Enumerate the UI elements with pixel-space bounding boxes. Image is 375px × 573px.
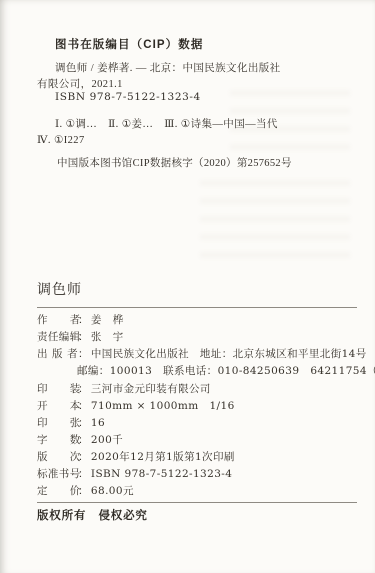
row-colon: ： bbox=[78, 381, 89, 398]
row-colon: ： bbox=[78, 466, 89, 483]
row-label: 定 价 bbox=[37, 483, 78, 500]
book-title: 调色师 bbox=[37, 279, 82, 299]
colophon-row-author: 作 者：姜 桦 bbox=[37, 312, 361, 329]
cip-entry: 调色师 / 姜桦著. — 北京：中国民族文化出版社 有限公司，2021.1 bbox=[37, 61, 359, 93]
row-label: 版 次 bbox=[37, 449, 78, 466]
colophon-row-editor: 责任编辑：张 宇 bbox=[37, 329, 361, 346]
colophon-row-printer: 印 装：三河市金元印装有限公司 bbox=[37, 381, 361, 398]
colophon-row-edition: 版 次：2020年12月第1版第1次印刷 bbox=[37, 449, 361, 466]
cip-classification-line1: Ⅰ. ①调… Ⅱ. ①姜… Ⅲ. ①诗集—中国—当代 bbox=[55, 119, 278, 130]
row-value: 中国民族文化出版社 地址：北京东城区和平里北街14号 bbox=[91, 346, 367, 363]
colophon-row-format: 开 本：710mm × 1000mm 1/16 bbox=[37, 398, 361, 415]
cip-heading: 图书在版编目（CIP）数据 bbox=[55, 36, 203, 52]
row-value: 张 宇 bbox=[91, 329, 124, 346]
cip-entry-line1: 调色师 / 姜桦著. — 北京：中国民族文化出版社 bbox=[55, 63, 281, 74]
row-value: 邮编：100013 联系电话：010-84250639 64211754（传真） bbox=[77, 363, 375, 380]
row-colon: ： bbox=[78, 346, 89, 363]
colophon-rows: 作 者：姜 桦 责任编辑：张 宇 出 版 者：中国民族文化出版社 地址：北京东城… bbox=[37, 312, 361, 501]
row-label: 开 本 bbox=[37, 398, 78, 415]
row-colon: ： bbox=[78, 432, 89, 449]
row-value: 710mm × 1000mm 1/16 bbox=[91, 398, 235, 415]
cip-isbn: ISBN 978-7-5122-1323-4 bbox=[55, 91, 201, 103]
row-label: 责任编辑 bbox=[37, 329, 78, 346]
row-label: 印 张 bbox=[37, 415, 78, 432]
colophon-row-contact: 邮编：100013 联系电话：010-84250639 64211754（传真） bbox=[37, 363, 361, 380]
row-label: 印 装 bbox=[37, 381, 78, 398]
colophon-row-wordcount: 字 数：200千 bbox=[37, 432, 361, 449]
colophon-row-sheets: 印 张：16 bbox=[37, 415, 361, 432]
row-colon: ： bbox=[78, 449, 89, 466]
row-value: ISBN 978-7-5122-1323-4 bbox=[91, 466, 232, 483]
cip-classification: Ⅰ. ①调… Ⅱ. ①姜… Ⅲ. ①诗集—中国—当代 Ⅳ. ①I227 bbox=[37, 117, 359, 148]
page-bleed-through bbox=[200, 180, 350, 260]
row-value: 16 bbox=[91, 415, 105, 432]
colophon-row-price: 定 价：68.00元 bbox=[37, 483, 361, 500]
divider-line-bottom bbox=[37, 502, 357, 503]
row-label: 字 数 bbox=[37, 432, 78, 449]
divider-line-top bbox=[37, 307, 357, 308]
row-value: 200千 bbox=[91, 432, 123, 449]
copyright-notice: 版权所有 侵权必究 bbox=[37, 507, 148, 523]
row-value: 三河市金元印装有限公司 bbox=[91, 381, 211, 398]
row-colon: ： bbox=[78, 329, 89, 346]
row-colon: ： bbox=[78, 483, 89, 500]
row-colon: ： bbox=[78, 398, 89, 415]
book-copyright-page: 图书在版编目（CIP）数据 调色师 / 姜桦著. — 北京：中国民族文化出版社 … bbox=[0, 0, 375, 573]
cip-record-number: 中国版本图书馆CIP数据核字（2020）第257652号 bbox=[57, 155, 292, 170]
cip-classification-line2: Ⅳ. ①I227 bbox=[37, 133, 359, 149]
row-label: 标准书号 bbox=[37, 466, 78, 483]
row-value: 姜 桦 bbox=[91, 312, 124, 329]
colophon-row-publisher: 出 版 者：中国民族文化出版社 地址：北京东城区和平里北街14号 bbox=[37, 346, 361, 363]
row-value: 68.00元 bbox=[91, 483, 134, 500]
row-label: 出 版 者 bbox=[37, 346, 78, 363]
row-value: 2020年12月第1版第1次印刷 bbox=[91, 449, 235, 466]
row-colon: ： bbox=[78, 312, 89, 329]
colophon-row-isbn: 标准书号：ISBN 978-7-5122-1323-4 bbox=[37, 466, 361, 483]
row-colon: ： bbox=[78, 415, 89, 432]
row-label: 作 者 bbox=[37, 312, 78, 329]
